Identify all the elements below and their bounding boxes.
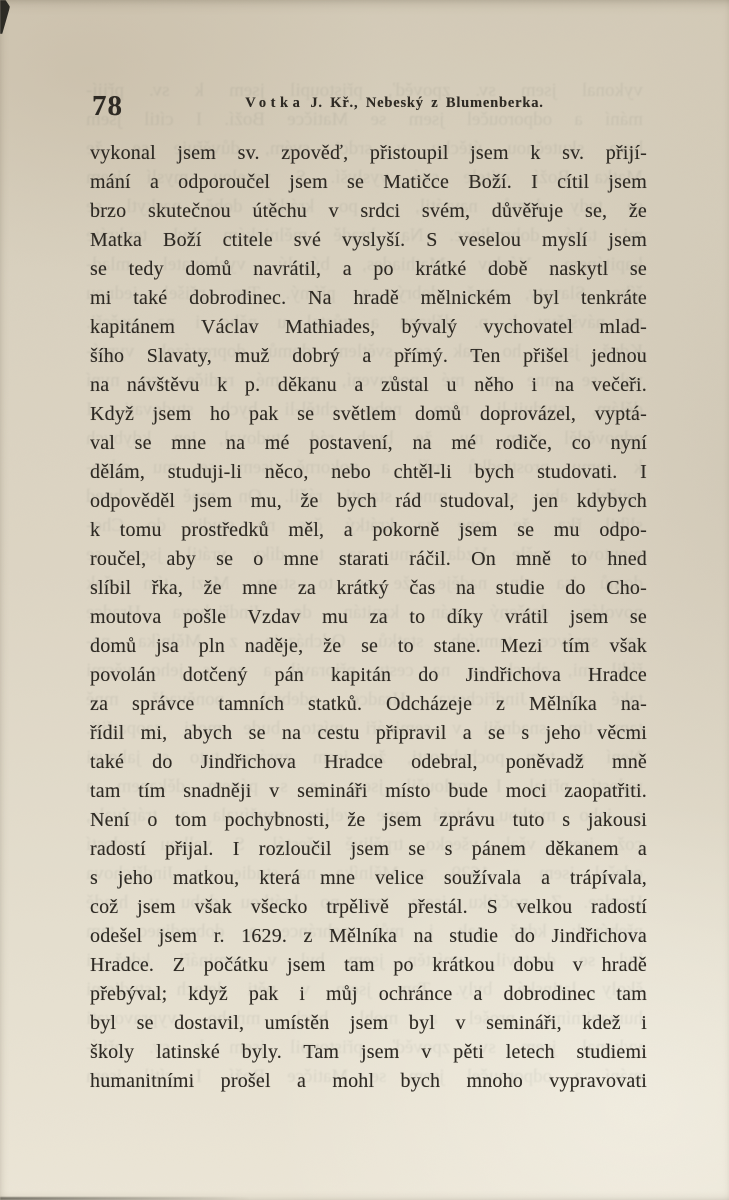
text-line: val se mne na mé postavení, na mé rodiče… — [90, 429, 647, 458]
text-line: školy latinské byly. Tam jsem v pěti let… — [90, 1038, 647, 1067]
text-line: vykonal jsem sv. zpověď, přistoupil jsem… — [90, 139, 647, 168]
text-line: povolán dotčený pán kapitán do Jindřicho… — [90, 661, 647, 690]
text-line: k tomu prostředků měl, a pokorně jsem se… — [90, 516, 647, 545]
text-line: domů jsa pln naděje, že se to stane. Mez… — [90, 632, 647, 661]
text-line: byl se dostavil, umístěn jsem byl v semi… — [90, 1009, 647, 1038]
text-line: s jeho matkou, která mne velice soužíval… — [90, 864, 647, 893]
text-line: na návštěvu k p. děkanu a zůstal u něho … — [90, 371, 647, 400]
running-title-author: Votka — [245, 95, 304, 111]
text-line: slíbil řka, že mne za krátký čas na stud… — [90, 574, 647, 603]
text-line: humanitními prošel a mohl bych mnoho vyp… — [90, 1067, 647, 1096]
text-line: roučel, aby se o mne starati ráčil. On m… — [90, 545, 647, 574]
scanned-book-page: vykonal jsem sv. zpověď, přistoupil jsem… — [0, 0, 729, 1200]
text-line: se tedy domů navrátil, a po krátké době … — [90, 255, 647, 284]
text-line: šího Slavaty, muž dobrý a přímý. Ten při… — [90, 342, 647, 371]
text-line: dělám, studuji-li něco, nebo chtěl-li by… — [90, 458, 647, 487]
running-title: VotkaJ. Kř., Nebeský z Blumenberka. — [60, 95, 729, 112]
text-line: řídil mi, abych se na cestu připravil a … — [90, 719, 647, 748]
scan-corner-artifact — [0, 0, 10, 34]
text-line: Není o tom pochybnosti, že jsem zprávu t… — [90, 806, 647, 835]
text-line: mi také dobrodinec. Na hradě mělnickém b… — [90, 284, 647, 313]
text-line: moutova pošle Vzdav mu za to díky vrátil… — [90, 603, 647, 632]
text-line: brzo skutečnou útěchu v srdci svém, důvě… — [90, 197, 647, 226]
text-line: také do Jindřichova Hradce odebral, poně… — [90, 748, 647, 777]
text-line: což jsem však všecko trpělivě přestál. S… — [90, 893, 647, 922]
text-line: přebýval; když pak i můj ochránce a dobr… — [90, 980, 647, 1009]
text-line: za správce tamních statků. Odcházeje z M… — [90, 690, 647, 719]
running-title-rest: J. Kř., Nebeský z Blumenberka. — [310, 95, 543, 111]
text-line: Matka Boží ctitele své vyslyší. S veselo… — [90, 226, 647, 255]
text-line: radostí přijal. I rozloučil jsem se s pá… — [90, 835, 647, 864]
text-line: odešel jsem r. 1629. z Mělníka na studie… — [90, 922, 647, 951]
text-line: Hradce. Z počátku jsem tam po krátkou do… — [90, 951, 647, 980]
text-line: mání a odporoučel jsem se Matičce Boží. … — [90, 168, 647, 197]
text-line: kapitánem Václav Mathiades, bývalý vycho… — [90, 313, 647, 342]
text-line: tam tím snadněji v semináři místo bude m… — [90, 777, 647, 806]
text-line: Když jsem ho pak se světlem domů doprová… — [90, 400, 647, 429]
body-text-block: vykonal jsem sv. zpověď, přistoupil jsem… — [90, 139, 647, 1096]
text-line: odpověděl jsem mu, že bych rád studoval,… — [90, 487, 647, 516]
